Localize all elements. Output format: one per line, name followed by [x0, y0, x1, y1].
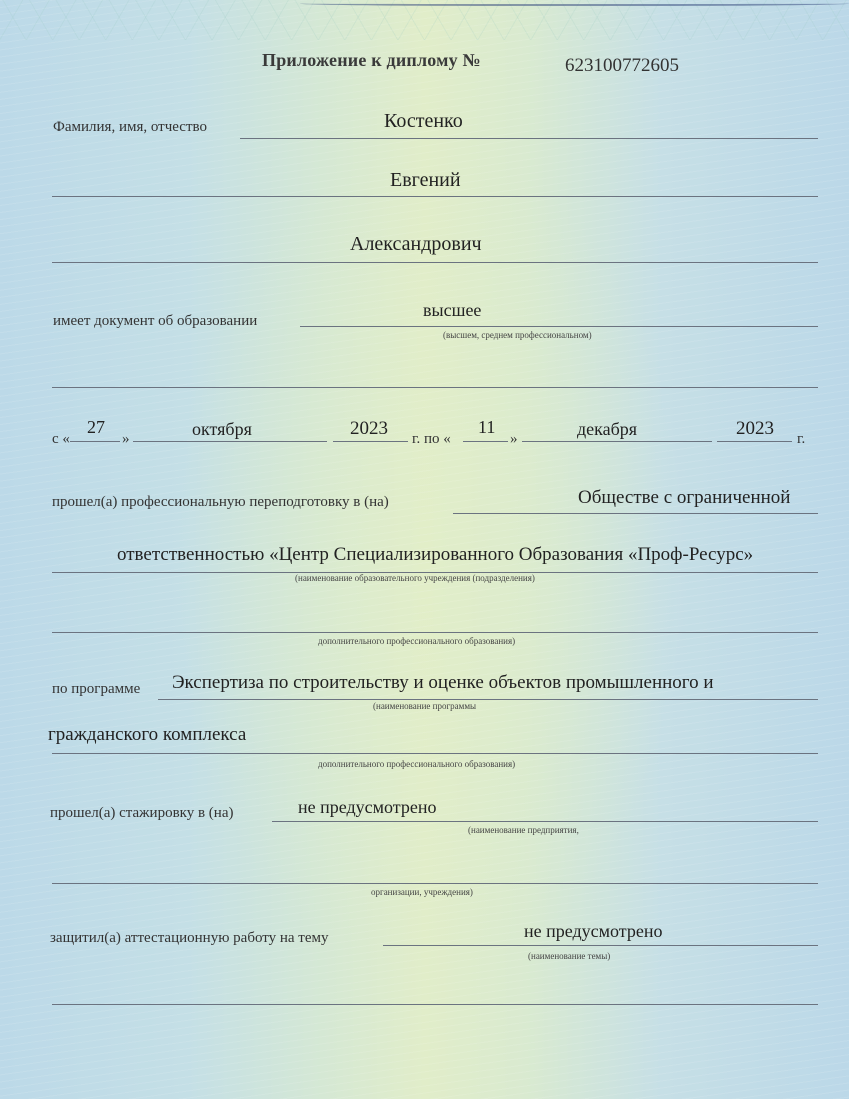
document-title: Приложение к диплому №: [262, 50, 481, 71]
diploma-number: 623100772605: [565, 55, 679, 77]
internship-underline-1: [272, 821, 818, 822]
education-hint: (высшем, среднем профессиональном): [443, 330, 592, 340]
decorative-wave-line: [300, 0, 849, 6]
retraining-hint-2: дополнительного профессионального образо…: [318, 636, 515, 646]
to-quote-close: »: [510, 431, 518, 448]
from-day-value: 27: [87, 417, 105, 438]
internship-hint-1: (наименование предприятия,: [468, 825, 579, 835]
internship-hint-2: организации, учреждения): [371, 887, 473, 897]
to-month-value: декабря: [577, 419, 637, 440]
from-day-underline: [70, 441, 120, 442]
first-name-value: Евгений: [390, 169, 461, 192]
retraining-label: прошел(а) профессиональную переподготовк…: [52, 494, 389, 511]
to-year-value: 2023: [736, 418, 774, 440]
patronymic-value: Александрович: [350, 233, 482, 256]
period-year-suffix: г.: [797, 431, 805, 448]
period-to-prefix: г. по «: [412, 431, 451, 448]
program-underline-2: [52, 753, 818, 754]
first-name-underline: [52, 196, 818, 197]
retraining-hint-1: (наименование образовательного учреждени…: [295, 573, 535, 583]
thesis-value: не предусмотрено: [524, 921, 663, 942]
retraining-underline-1: [453, 513, 818, 514]
program-value-line1: Экспертиза по строительству и оценке объ…: [172, 672, 714, 694]
retraining-value-line1: Обществе с ограниченной: [578, 487, 790, 509]
thesis-label: защитил(а) аттестационную работу на тему: [50, 930, 329, 947]
internship-value: не предусмотрено: [298, 797, 437, 818]
from-year-value: 2023: [350, 418, 388, 440]
program-label: по программе: [52, 681, 140, 698]
retraining-value-line2: ответственностью «Центр Специализированн…: [117, 544, 753, 566]
from-year-underline: [333, 441, 408, 442]
to-day-value: 11: [478, 417, 495, 438]
thesis-hint: (наименование темы): [528, 951, 610, 961]
to-month-underline: [522, 441, 712, 442]
fio-underline: [240, 138, 818, 139]
guilloche-border-decoration: [0, 0, 849, 40]
diploma-supplement-page: Приложение к диплому № 623100772605 Фами…: [0, 0, 849, 1099]
to-year-underline: [717, 441, 792, 442]
thesis-underline-2: [52, 1004, 818, 1005]
from-quote-close: »: [122, 431, 130, 448]
to-day-underline: [463, 441, 508, 442]
thesis-underline-1: [383, 945, 818, 946]
education-extra-underline: [52, 387, 818, 388]
from-month-value: октября: [192, 419, 252, 440]
patronymic-underline: [52, 262, 818, 263]
fio-label: Фамилия, имя, отчество: [53, 119, 207, 136]
period-from-prefix: с «: [52, 431, 70, 448]
education-value: высшее: [423, 300, 481, 321]
internship-underline-2: [52, 883, 818, 884]
program-hint-1: (наименование программы: [373, 701, 476, 711]
last-name-value: Костенко: [384, 110, 463, 133]
education-label: имеет документ об образовании: [53, 313, 257, 330]
program-value-line2: гражданского комплекса: [48, 724, 246, 746]
education-underline: [300, 326, 818, 327]
retraining-underline-3: [52, 632, 818, 633]
program-hint-2: дополнительного профессионального образо…: [318, 759, 515, 769]
from-month-underline: [133, 441, 327, 442]
internship-label: прошел(а) стажировку в (на): [50, 805, 233, 822]
program-underline-1: [158, 699, 818, 700]
